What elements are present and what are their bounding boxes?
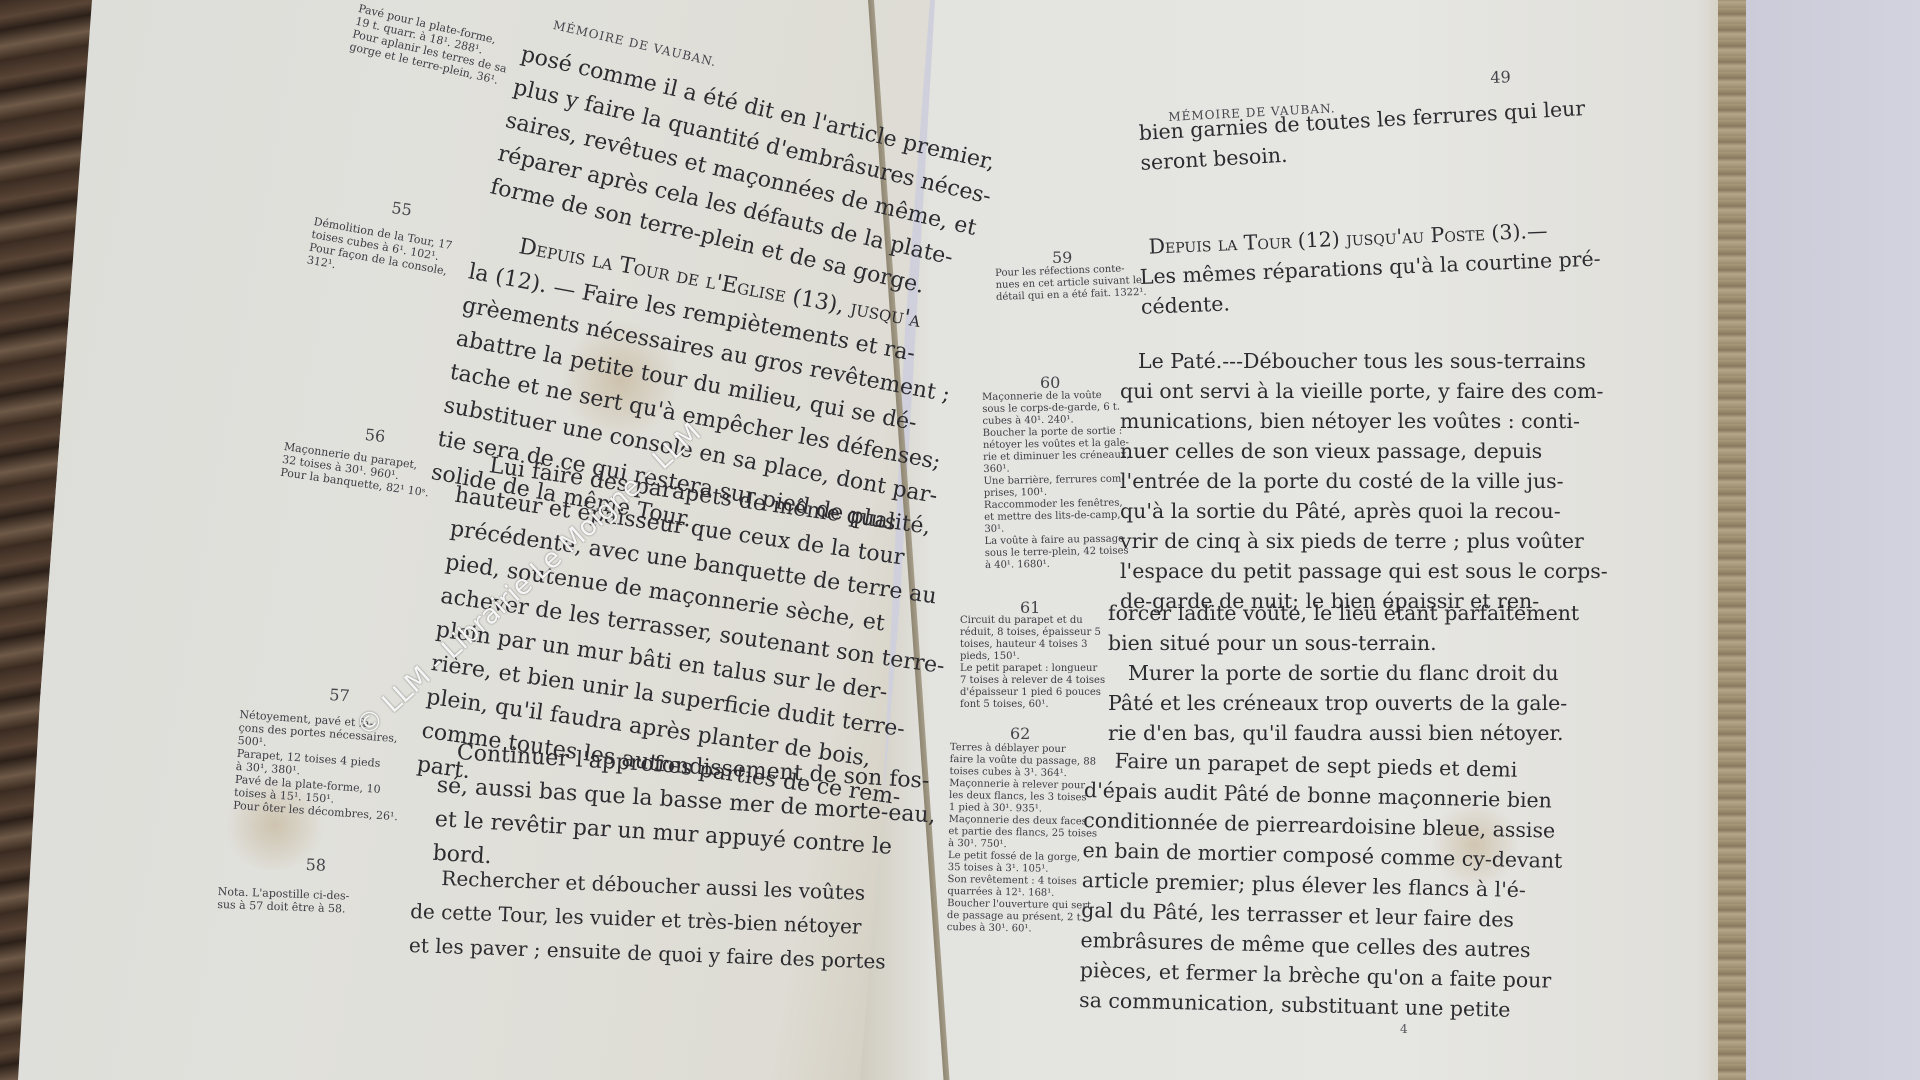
- article-60-margin-notes: Maçonnerie de la voûte sous le corps-de-…: [982, 389, 1132, 572]
- article-61-margin-notes: Circuit du parapet et du réduit, 8 toise…: [960, 615, 1105, 711]
- article-number-62: 62: [1010, 724, 1030, 743]
- article-number-60: 60: [1040, 373, 1060, 392]
- article-61-text: forcer ladite voûte, le lieu étant parfa…: [1108, 598, 1579, 748]
- article-58-text: Rechercher et déboucher aussi les voûtes…: [408, 860, 888, 979]
- right-page-fore-edge: [1718, 0, 1746, 1080]
- article-number-56: 56: [364, 425, 386, 446]
- background-surface: [1745, 0, 1920, 1080]
- article-number-58: 58: [305, 855, 326, 875]
- article-62-margin-notes: Terres à déblayer pour faire la voûte du…: [947, 742, 1099, 937]
- article-60-text: Le Paté.---Déboucher tous les sous-terra…: [1120, 346, 1608, 616]
- article-number-57: 57: [329, 685, 351, 705]
- page-number: 49: [1490, 67, 1511, 87]
- article-number-59: 59: [1052, 248, 1072, 267]
- article-59-margin-notes: Pour les réfections conte- nues en cet a…: [995, 263, 1147, 304]
- article-number-55: 55: [390, 198, 413, 220]
- article-58-margin-notes: Nota. L'apostille ci-des- sus à 57 doit …: [217, 885, 350, 916]
- article-62-text: Faire un parapet de sept pieds et demi d…: [1079, 745, 1565, 1026]
- signature-mark: 4: [1400, 1022, 1408, 1036]
- article-59-text: Depuis la Tour (12) jusqu'au Poste (3).—…: [1138, 213, 1602, 321]
